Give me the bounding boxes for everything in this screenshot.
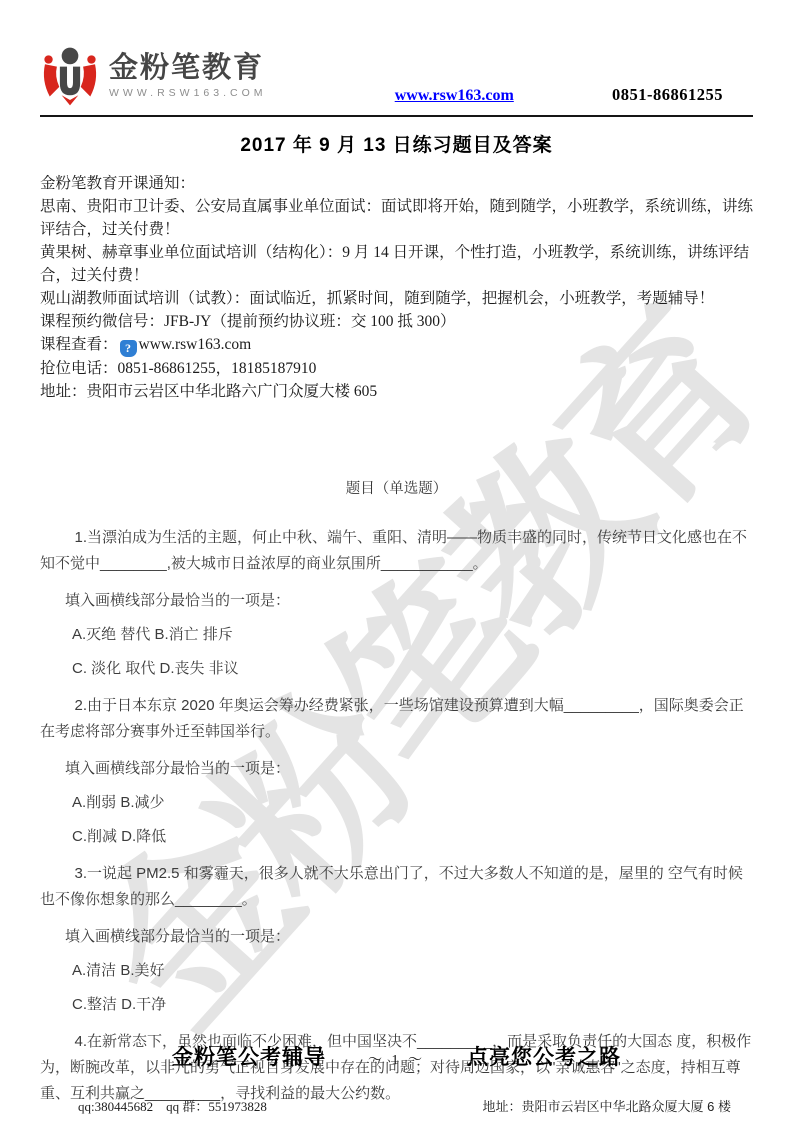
question-2-text: 2.由于日本东京 2020 年奥运会筹办经费紧张，一些场馆建设预算遭到大幅___… [40, 693, 755, 745]
footer-main-line: 金粉笔公考辅导 ～ 1 ～ 点亮您公考之路 [0, 1041, 793, 1071]
notice-line: 观山湖教师面试培训（试教）：面试临近，抓紧时间，随到随学，把握机会，小班教学，考… [40, 287, 755, 310]
question-2-options-cd: C.削减 D.降低 [40, 824, 755, 850]
question-3-options-ab: A.清洁 B.美好 [40, 958, 755, 984]
header-phone-number: 0851-86861255 [612, 85, 723, 105]
question-1-text: 1.当漂泊成为生活的主题，何止中秋、端午、重阳、清明——物质丰盛的同时，传统节日… [40, 525, 755, 577]
brand-name: 金粉笔教育 [109, 52, 267, 84]
help-badge-icon: ? [120, 340, 137, 357]
course-view-label: 课程查看： [40, 336, 118, 353]
notice-line: 黄果树、赫章事业单位面试培训（结构化）：9 月 14 日开课，个性打造，小班教学… [40, 241, 755, 287]
document-title: 2017 年 9 月 13 日练习题目及答案 [0, 130, 793, 157]
question-2-prompt: 填入画横线部分最恰当的一项是： [40, 756, 755, 782]
question-3-options-cd: C.整洁 D.干净 [40, 992, 755, 1018]
question-1-prompt: 填入画横线部分最恰当的一项是： [40, 588, 755, 614]
notice-wechat-line: 课程预约微信号：JFB-JY（提前预约协议班：交 100 抵 300） [40, 310, 755, 333]
question-3-prompt: 填入画横线部分最恰当的一项是： [40, 924, 755, 950]
question-1-options-cd: C. 淡化 取代 D.丧失 非议 [40, 656, 755, 682]
header-website-link[interactable]: www.rsw163.com [395, 87, 514, 105]
brand-url-caption: WWW.RSW163.COM [109, 87, 267, 99]
question-3-text: 3.一说起 PM2.5 和雾霾天，很多人就不大乐意出门了，不过大多数人不知道的是… [40, 861, 755, 913]
notice-heading: 金粉笔教育开课通知： [40, 172, 755, 195]
document-page: 金粉笔教育 金粉笔教育 WWW.RS [0, 0, 793, 1122]
page-number: ～ 1 ～ [368, 1049, 425, 1069]
page-footer: 金粉笔公考辅导 ～ 1 ～ 点亮您公考之路 qq:380445682 qq 群：… [0, 1041, 793, 1115]
exam-section-title: 题目（单选题） [0, 477, 793, 498]
footer-qq-contacts: qq:380445682 qq 群：551973828 [78, 1096, 267, 1115]
notice-phone-line: 抢位电话：0851-86861255，18185187910 [40, 357, 755, 380]
brand-logo-text: 金粉笔教育 WWW.RSW163.COM [109, 52, 267, 99]
brand-logo: 金粉笔教育 WWW.RSW163.COM [40, 44, 267, 106]
brand-logo-icon [40, 44, 100, 106]
footer-meta-line: qq:380445682 qq 群：551973828 地址：贵阳市云岩区中华北… [78, 1096, 731, 1115]
notice-address-line: 地址：贵阳市云岩区中华北路六广门众厦大楼 605 [40, 380, 755, 403]
notice-course-view-line: 课程查看：?www.rsw163.com [40, 333, 755, 357]
footer-address: 地址：贵阳市云岩区中华北路众厦大厦 6 楼 [483, 1096, 731, 1115]
footer-brand: 金粉笔公考辅导 [172, 1041, 326, 1071]
notice-line: 思南、贵阳市卫计委、公安局直属事业单位面试：面试即将开始，随到随学，小班教学，系… [40, 195, 755, 241]
page-header: 金粉笔教育 WWW.RSW163.COM www.rsw163.com 0851… [40, 44, 753, 117]
question-list: 1.当漂泊成为生活的主题，何止中秋、端午、重阳、清明——物质丰盛的同时，传统节日… [40, 525, 755, 1107]
course-view-link[interactable]: www.rsw163.com [139, 336, 252, 353]
footer-slogan: 点亮您公考之路 [467, 1041, 621, 1071]
question-2-options-ab: A.削弱 B.减少 [40, 790, 755, 816]
course-notice: 金粉笔教育开课通知： 思南、贵阳市卫计委、公安局直属事业单位面试：面试即将开始，… [40, 172, 755, 403]
question-1-options-ab: A.灭绝 替代 B.消亡 排斥 [40, 622, 755, 648]
